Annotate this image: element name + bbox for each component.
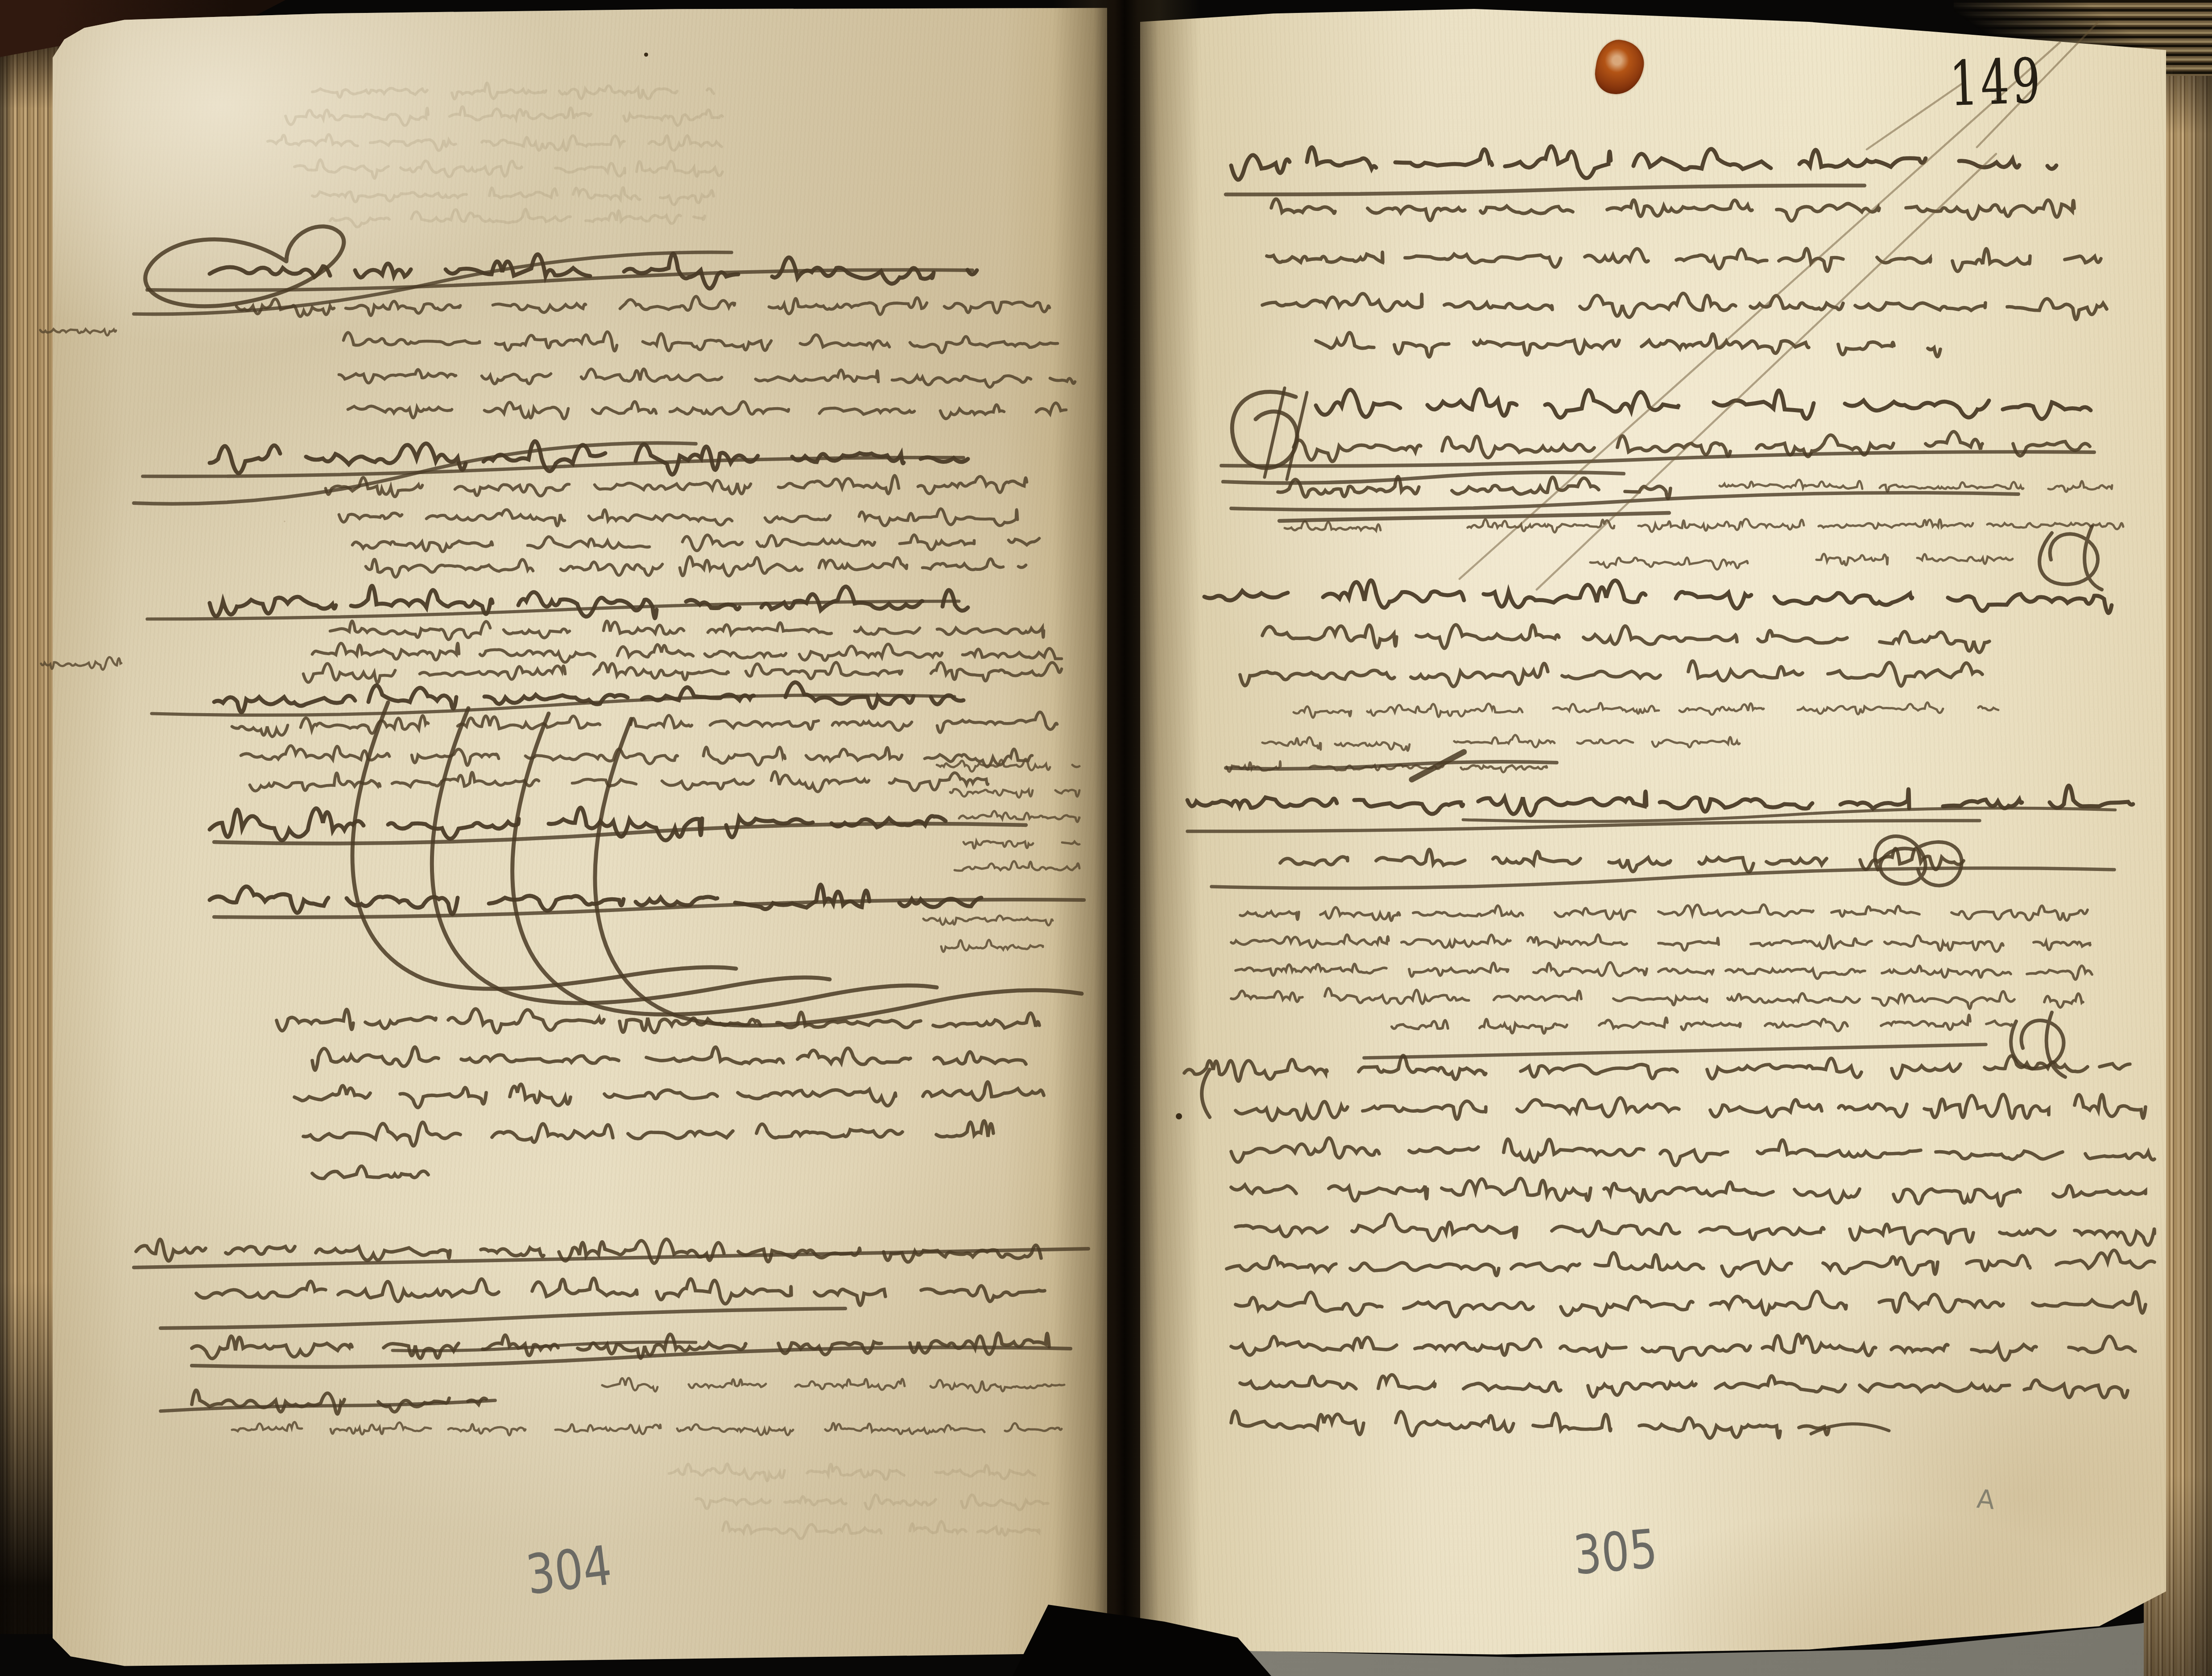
folio-number: 149 <box>1948 45 2044 120</box>
pencil-page-number-left: 304 <box>523 1534 615 1607</box>
pencil-annotation: A <box>1976 1483 1996 1515</box>
manuscript-book-scan: 149 304 305 A <box>0 0 2212 1676</box>
pencil-page-number-right: 305 <box>1571 1518 1660 1587</box>
handwriting-ink-layer <box>0 0 2212 1676</box>
